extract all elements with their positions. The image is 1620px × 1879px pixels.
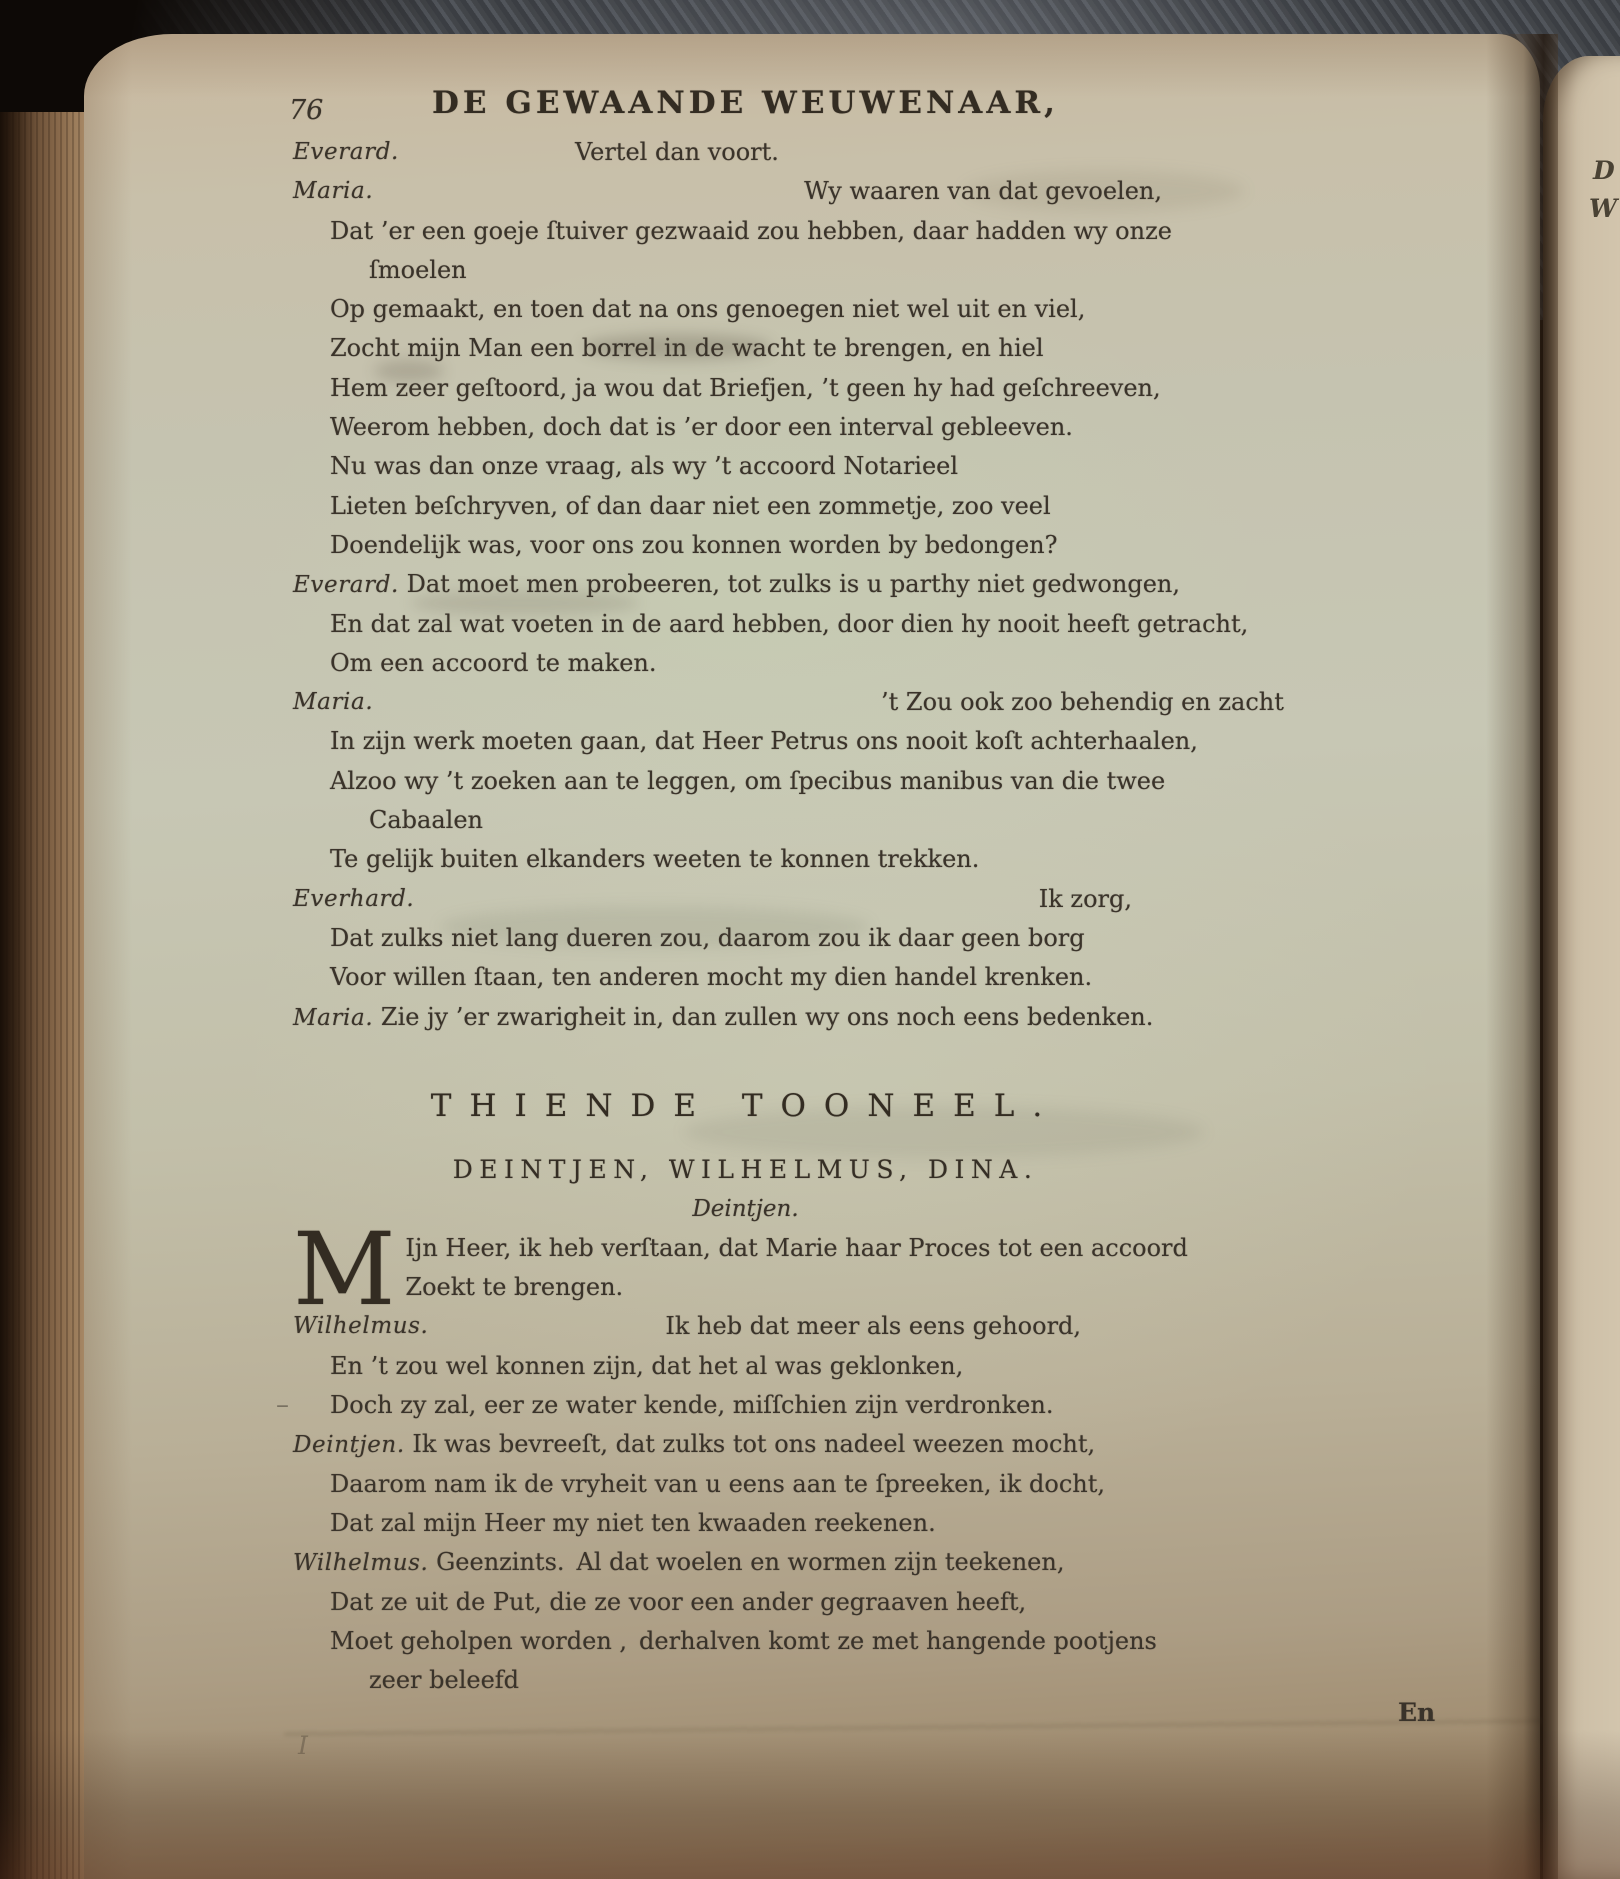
- verse-text: Wy waaren van dat gevoelen,: [804, 177, 1162, 205]
- verse-text: Weerom hebben, doch dat is ’er door een …: [330, 413, 1073, 441]
- dropcap-paragraph: MIjn Heer, ik heb verſtaan, dat Marie ha…: [293, 1229, 1198, 1308]
- verse-text: Ijn Heer, ik heb verſtaan, dat Marie haa…: [405, 1234, 1187, 1262]
- text-line: Nu was dan onze vraag, als wy ’t accoord…: [293, 447, 1198, 486]
- verse-text: Nu was dan onze vraag, als wy ’t accoord…: [330, 452, 958, 480]
- speaker-label: Wilhelmus.: [293, 1307, 428, 1346]
- text-line: Dat zal mijn Heer my niet ten kwaaden re…: [293, 1504, 1198, 1543]
- text-line: Moet geholpen worden , derhalven komt ze…: [293, 1622, 1198, 1661]
- text-line: Doch zy zal, eer ze water kende, miſſchi…: [293, 1386, 1198, 1425]
- speaker-label: Wilhelmus.: [293, 1550, 428, 1576]
- verse-text: Cabaalen: [369, 806, 483, 834]
- scene2-lines: Wilhelmus.Ik heb dat meer als eens gehoo…: [293, 1307, 1198, 1700]
- verse-text: En dat zal wat voeten in de aard hebben,…: [330, 610, 1248, 638]
- text-line: Om een accoord te maken.: [293, 644, 1198, 683]
- text-line: En dat zal wat voeten in de aard hebben,…: [293, 605, 1198, 644]
- text-line: Maria. Zie jy ’er zwarigheit in, dan zul…: [293, 998, 1198, 1037]
- running-title: DE GEWAANDE WEUWENAAR,: [293, 82, 1198, 121]
- scene1-lines: Everard.Vertel dan voort.Maria.Wy waaren…: [293, 133, 1198, 1037]
- book-photo: D W 76 DE GEWAANDE WEUWENAAR, Everard.Ve…: [0, 0, 1620, 1879]
- text-line: Weerom hebben, doch dat is ’er door een …: [293, 408, 1198, 447]
- text-line: Zocht mijn Man een borrel in de wacht te…: [293, 329, 1198, 368]
- verse-text: Om een accoord te maken.: [330, 649, 656, 677]
- verse-text: Op gemaakt, en toen dat na ons genoegen …: [330, 295, 1085, 323]
- verse-text: Voor willen ſtaan, ten anderen mocht my …: [330, 963, 1092, 991]
- text-line: Dat ze uit de Put, die ze voor een ander…: [293, 1583, 1198, 1622]
- text-line: In zijn werk moeten gaan, dat Heer Petru…: [293, 722, 1198, 761]
- verse-text: Daarom nam ik de vryheit van u eens aan …: [330, 1470, 1105, 1498]
- text-line: Daarom nam ik de vryheit van u eens aan …: [293, 1465, 1198, 1504]
- catchword: En: [1398, 1698, 1435, 1727]
- verse-text: Dat moet men probeeren, tot zulks is u p…: [407, 570, 1180, 598]
- text-line: Lieten beſchryven, of dan daar niet een …: [293, 487, 1198, 526]
- text-line: Alzoo wy ’t zoeken aan te leggen, om ſpe…: [293, 762, 1198, 801]
- verse-text: Doch zy zal, eer ze water kende, miſſchi…: [330, 1391, 1053, 1419]
- text-line: Voor willen ſtaan, ten anderen mocht my …: [293, 958, 1198, 997]
- text-line: Op gemaakt, en toen dat na ons genoegen …: [293, 290, 1198, 329]
- speaker-label: Maria.: [293, 683, 373, 722]
- text-line: Maria.’t Zou ook zoo behendig en zacht: [293, 683, 1198, 722]
- verse-text: Te gelijk buiten elkanders weeten te kon…: [330, 845, 979, 873]
- verse-text: Hem zeer geſtoord, ja wou dat Briefjen, …: [330, 374, 1161, 402]
- speaker-label: Deintjen.: [293, 1432, 405, 1458]
- text-line: Dat ’er een goeje ſtuiver gezwaaid zou h…: [293, 212, 1198, 251]
- verse-text: Dat ze uit de Put, die ze voor een ander…: [330, 1588, 1026, 1616]
- text-line: Everard.Vertel dan voort.: [293, 133, 1198, 172]
- verse-text: Vertel dan voort.: [575, 138, 779, 166]
- text-line: Everard. Dat moet men probeeren, tot zul…: [293, 565, 1198, 604]
- text-line: Cabaalen: [293, 801, 1198, 840]
- speaker-label: Deintjen.: [293, 1190, 1198, 1229]
- verse-text: In zijn werk moeten gaan, dat Heer Petru…: [330, 727, 1198, 755]
- paper-crease: [284, 1719, 1544, 1735]
- dropcap-initial: M: [293, 1231, 395, 1309]
- text-line: Deintjen. Ik was bevreeſt, dat zulks tot…: [293, 1425, 1198, 1464]
- text-line: Dat zulks niet lang dueren zou, daarom z…: [293, 919, 1198, 958]
- text-line: Wilhelmus.Ik heb dat meer als eens gehoo…: [293, 1307, 1198, 1346]
- verse-text: Ik heb dat meer als eens gehoord,: [665, 1312, 1081, 1340]
- verse-text: Zoekt te brengen.: [405, 1273, 623, 1301]
- scene-characters: DEINTJEN, WILHELMUS, DINA.: [293, 1150, 1198, 1190]
- page-text: 76 DE GEWAANDE WEUWENAAR, Everard.Vertel…: [293, 82, 1198, 1700]
- page-header: 76 DE GEWAANDE WEUWENAAR,: [293, 82, 1198, 133]
- verse-text: ſmoelen: [369, 256, 467, 284]
- text-line: Hem zeer geſtoord, ja wou dat Briefjen, …: [293, 369, 1198, 408]
- text-line: ſmoelen: [293, 251, 1198, 290]
- text-line: Maria.Wy waaren van dat gevoelen,: [293, 172, 1198, 211]
- text-line: Te gelijk buiten elkanders weeten te kon…: [293, 840, 1198, 879]
- page-number: 76: [289, 95, 323, 126]
- verse-text: Doendelijk was, voor ons zou konnen word…: [330, 531, 1058, 559]
- text-line: Everhard.Ik zorg,: [293, 880, 1198, 919]
- speaker-label: Everard.: [293, 572, 399, 598]
- signature-mark: I: [298, 1731, 308, 1760]
- verse-text: zeer beleefd: [369, 1666, 519, 1694]
- scene-heading: THIENDE TOONEEL.: [293, 1083, 1198, 1129]
- speaker-label: Everhard.: [293, 880, 414, 919]
- facing-page-partial-letter: D: [1593, 158, 1615, 183]
- verse-text: Zocht mijn Man een borrel in de wacht te…: [330, 334, 1044, 362]
- verse-text: Alzoo wy ’t zoeken aan te leggen, om ſpe…: [330, 767, 1165, 795]
- verse-text: Moet geholpen worden , derhalven komt ze…: [330, 1627, 1157, 1655]
- verse-text: Zie jy ’er zwarigheit in, dan zullen wy …: [381, 1003, 1154, 1031]
- verse-text: Lieten beſchryven, of dan daar niet een …: [330, 492, 1051, 520]
- facing-page-sliver: D W: [1543, 56, 1620, 1879]
- margin-mark: –: [276, 1390, 289, 1420]
- text-line: En ’t zou wel konnen zijn, dat het al wa…: [293, 1347, 1198, 1386]
- speaker-label: Maria.: [293, 1005, 373, 1031]
- verse-text: Geenzints. Al dat woelen en wormen zijn …: [436, 1548, 1064, 1576]
- verse-text: Ik was bevreeſt, dat zulks tot ons nadee…: [412, 1430, 1095, 1458]
- verse-text: ’t Zou ook zoo behendig en zacht: [881, 688, 1284, 716]
- text-line: Wilhelmus. Geenzints. Al dat woelen en w…: [293, 1543, 1198, 1582]
- verse-text: Dat ’er een goeje ſtuiver gezwaaid zou h…: [330, 217, 1172, 245]
- facing-page-partial-letter: W: [1589, 196, 1617, 221]
- text-line: zeer beleefd: [293, 1661, 1198, 1700]
- speaker-label: Everard.: [293, 133, 399, 172]
- verse-text: Dat zal mijn Heer my niet ten kwaaden re…: [330, 1509, 936, 1537]
- verse-text: Ik zorg,: [1039, 885, 1132, 913]
- verse-text: En ’t zou wel konnen zijn, dat het al wa…: [330, 1352, 963, 1380]
- verse-text: Dat zulks niet lang dueren zou, daarom z…: [330, 924, 1085, 952]
- speaker-label: Maria.: [293, 172, 373, 211]
- text-line: Doendelijk was, voor ons zou konnen word…: [293, 526, 1198, 565]
